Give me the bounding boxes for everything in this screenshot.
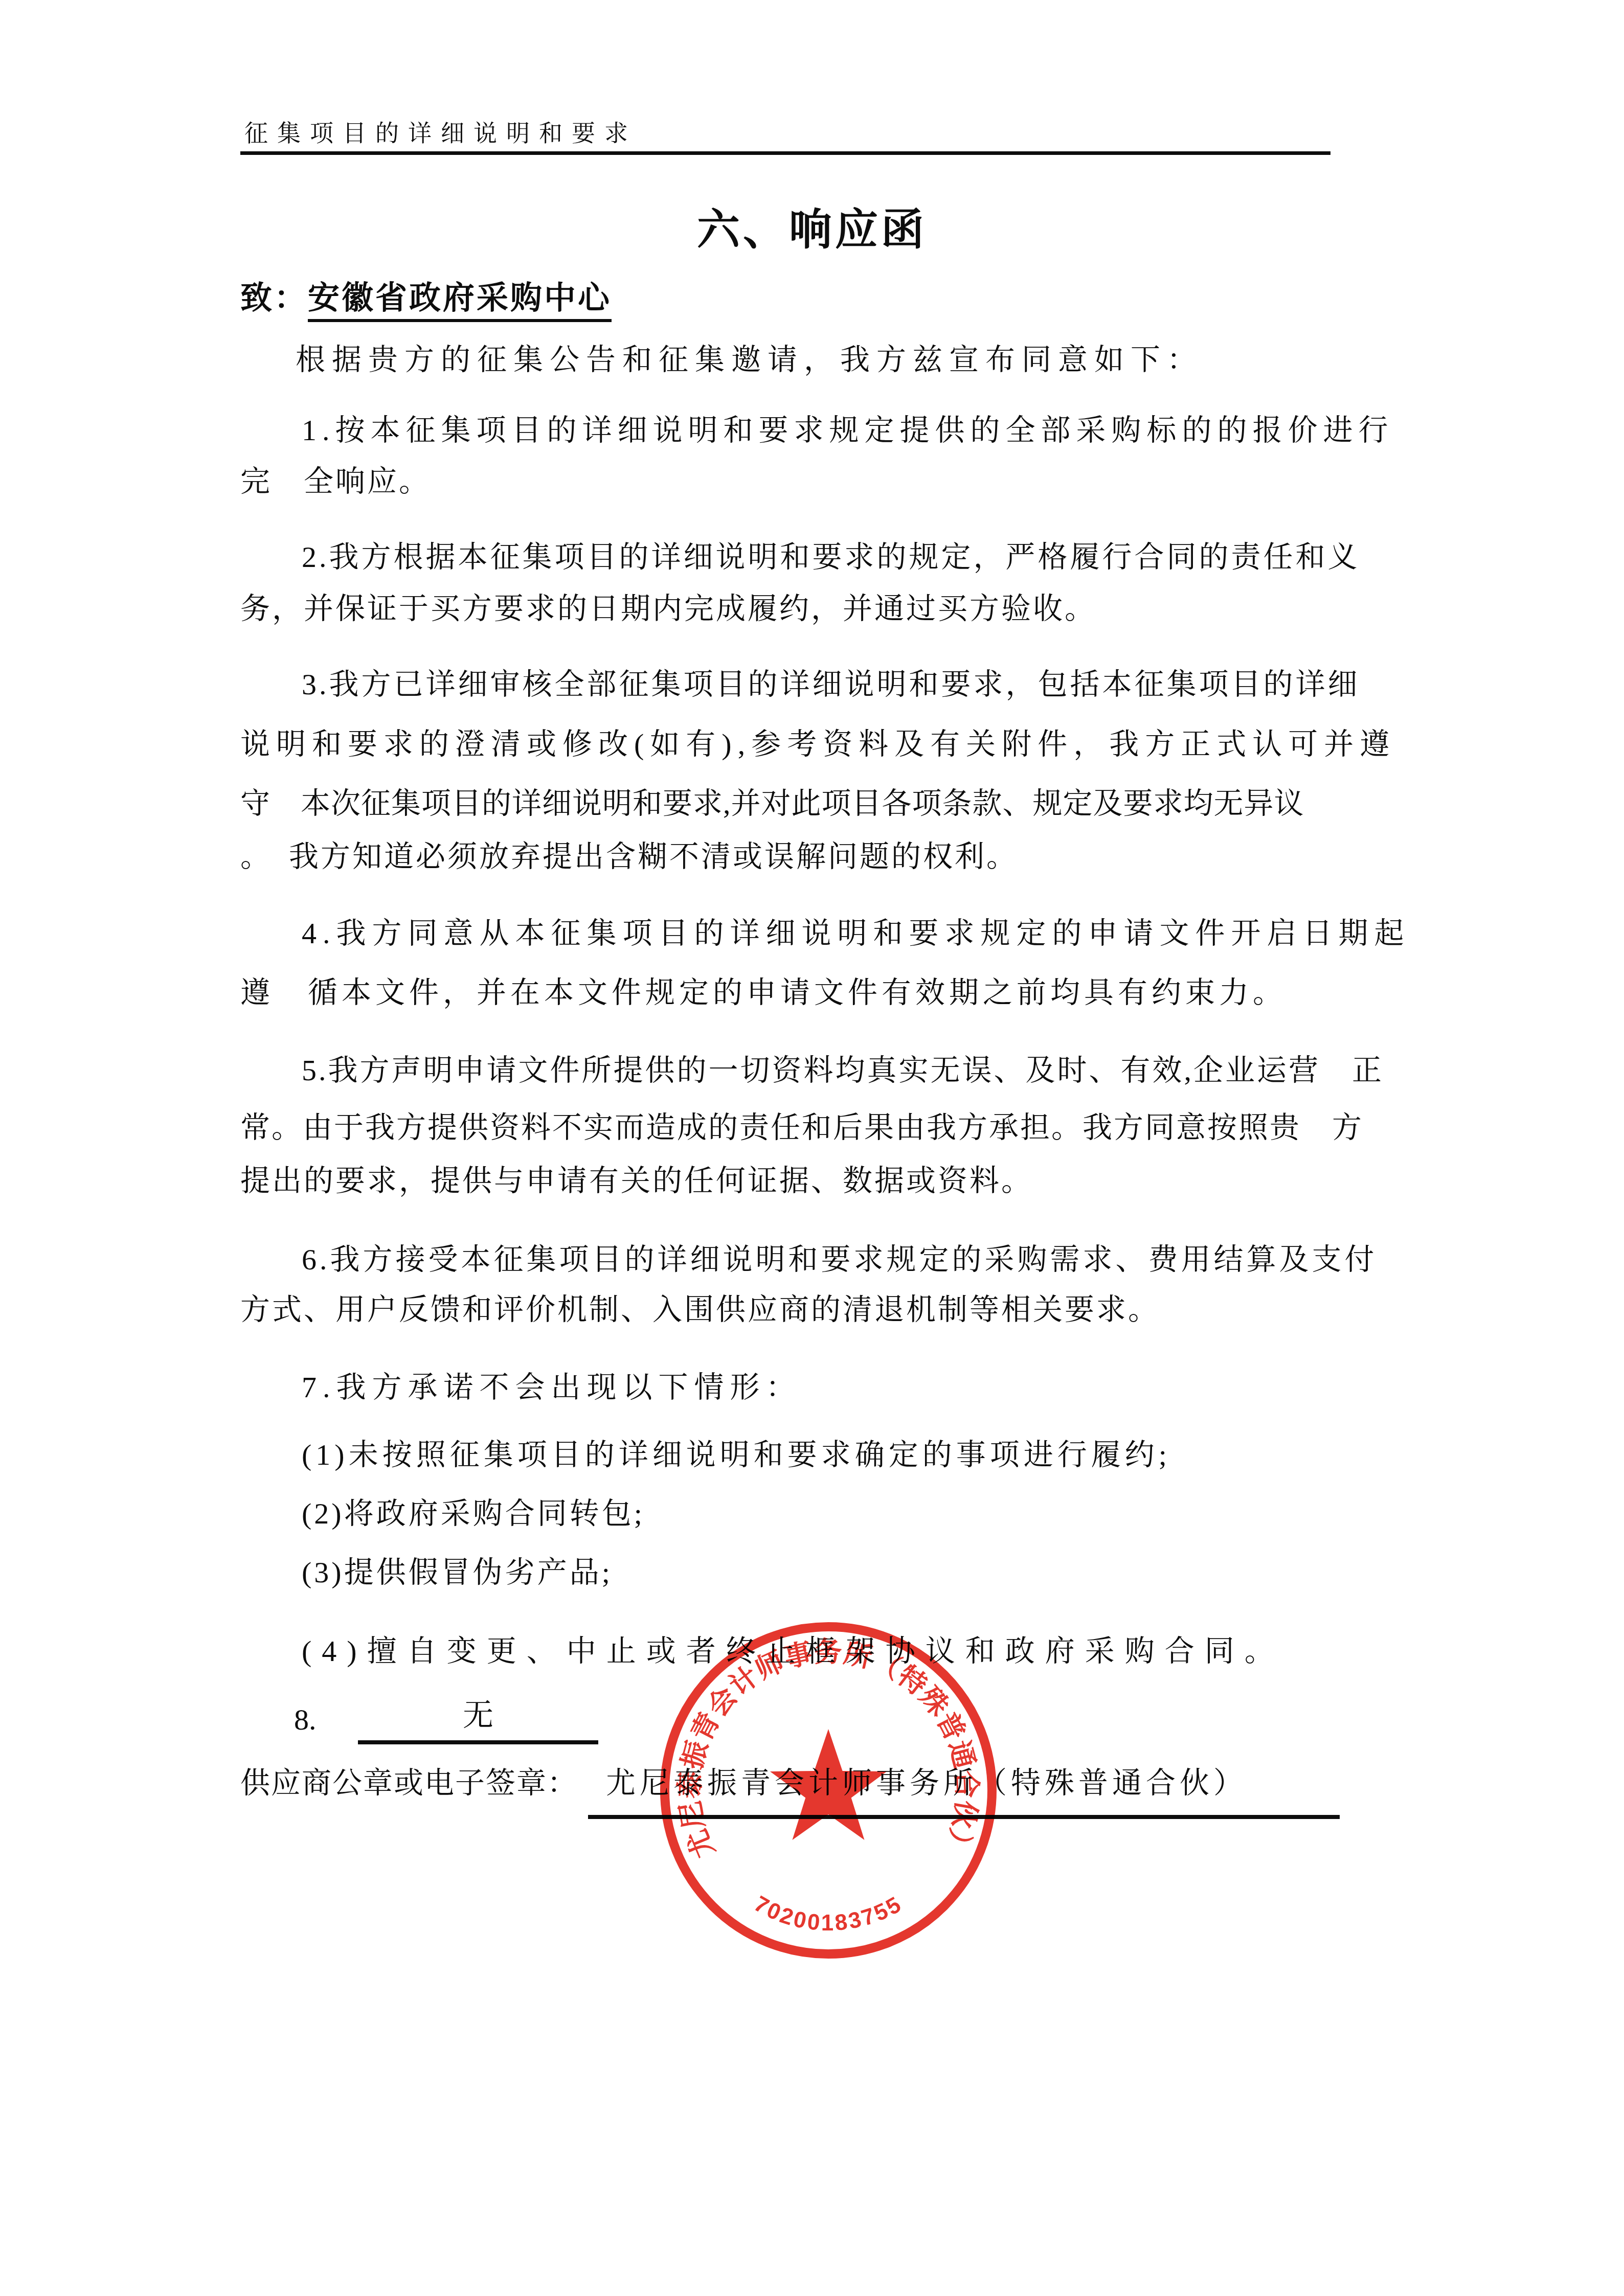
- signature-label: 供应商公章或电子签章：: [240, 1765, 578, 1802]
- paragraph-1-line-1: 1.按本征集项目的详细说明和要求规定提供的全部采购标的的报价进行: [302, 412, 1394, 449]
- paragraph-2-line-2: 务，并保证于买方要求的日期内完成履约，并通过买方验收。: [240, 590, 1096, 628]
- intro-line: 根据贵方的征集公告和征集邀请，我方兹宣布同意如下：: [296, 342, 1203, 379]
- item-8-blank-value: 无: [358, 1696, 598, 1744]
- paragraph-3-line-3: 守 本次征集项目的详细说明和要求,并对此项目各项条款、规定及要求均无异议: [240, 785, 1304, 823]
- paragraph-1-line-2: 完 全响应。: [240, 463, 431, 501]
- stamp-star-icon: [770, 1729, 887, 1840]
- paragraph-5-line-1: 5.我方声明申请文件所提供的一切资料均真实无误、及时、有效,企业运营 正: [302, 1052, 1384, 1089]
- paragraph-6-line-2: 方式、用户反馈和评价机制、入围供应商的清退机制等相关要求。: [240, 1291, 1160, 1329]
- paragraph-3-line-2: 说明和要求的澄清或修改(如有),参考资料及有关附件，我方正式认可并遵: [240, 726, 1395, 763]
- paragraph-7-heading: 7.我方承诺不会出现以下情形：: [302, 1369, 802, 1406]
- document-page: 征集项目的详细说明和要求 六、响应函 致：安徽省政府采购中心 根据贵方的征集公告…: [0, 0, 1624, 2296]
- paragraph-7-item-2: (2)将政府采购合同转包;: [302, 1495, 645, 1533]
- salutation-prefix: 致：: [240, 281, 308, 316]
- paragraph-2-line-1: 2.我方根据本征集项目的详细说明和要求的规定，严格履行合同的责任和义: [302, 539, 1360, 576]
- paragraph-5-line-2: 常。由于我方提供资料不实而造成的责任和后果由我方承担。我方同意按照贵 方: [240, 1109, 1363, 1147]
- salutation-recipient: 安徽省政府采购中心: [308, 281, 612, 322]
- paragraph-7-item-1: (1)未按照征集项目的详细说明和要求确定的事项进行履约;: [302, 1437, 1171, 1474]
- item-8-number: 8.: [294, 1701, 317, 1739]
- paragraph-5-line-3: 提出的要求，提供与申请有关的任何证据、数据或资料。: [240, 1163, 1033, 1200]
- paragraph-3-line-4: 。 我方知道必须放弃提出含糊不清或误解问题的权利。: [240, 838, 1018, 876]
- paragraph-3-line-1: 3.我方已详细审核全部征集项目的详细说明和要求，包括本征集项目的详细: [302, 666, 1360, 703]
- paragraph-4-line-2: 遵 循本文件，并在本文件规定的申请文件有效期之前均具有约束力。: [240, 974, 1287, 1012]
- paragraph-7-item-3: (3)提供假冒伪劣产品;: [302, 1554, 613, 1592]
- company-stamp-svg: 尤尼泰振青会计师事务所（特殊普通合伙） 3702001837555: [648, 1610, 1008, 1970]
- company-stamp: 尤尼泰振青会计师事务所（特殊普通合伙） 3702001837555: [648, 1610, 1008, 1970]
- page-header-rule: [240, 151, 1330, 155]
- page-title: 六、响应函: [0, 203, 1624, 257]
- salutation: 致：安徽省政府采购中心: [240, 279, 612, 319]
- page-header-text: 征集项目的详细说明和要求: [244, 119, 637, 148]
- paragraph-6-line-1: 6.我方接受本征集项目的详细说明和要求规定的采购需求、费用结算及支付: [302, 1241, 1378, 1279]
- paragraph-4-line-1: 4.我方同意从本征集项目的详细说明和要求规定的申请文件开启日期起: [302, 915, 1410, 952]
